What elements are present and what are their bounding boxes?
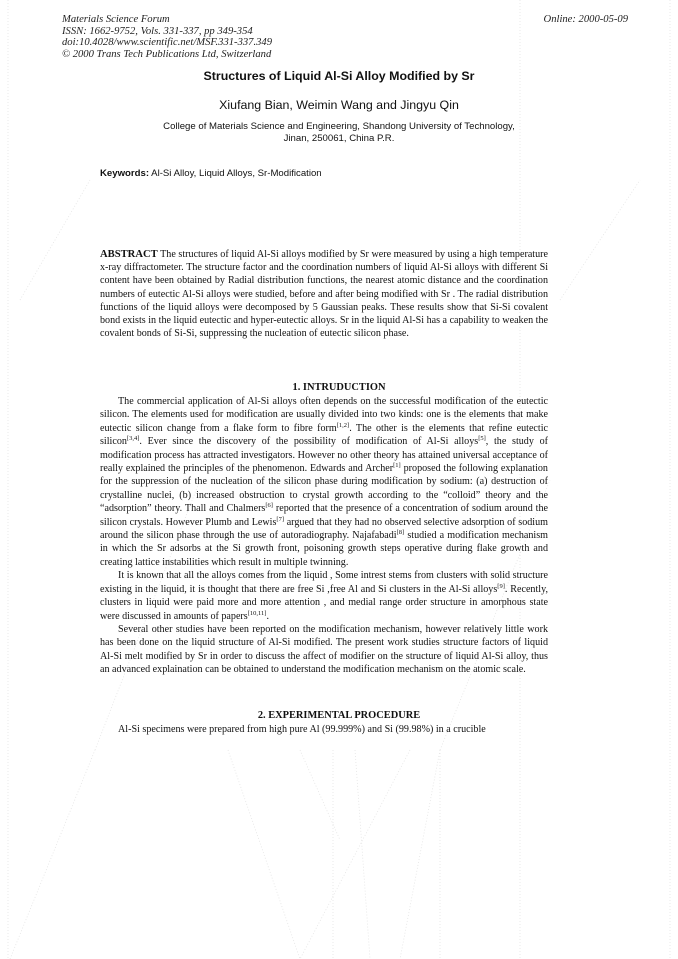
journal-copyright: © 2000 Trans Tech Publications Ltd, Swit…: [62, 49, 272, 61]
abstract-text: The structures of liquid Al-Si alloys mo…: [100, 249, 548, 339]
paragraph: Several other studies have been reported…: [100, 623, 548, 677]
citation: [1,2]: [337, 422, 349, 429]
abstract: ABSTRACT The structures of liquid Al-Si …: [100, 248, 548, 340]
section-heading-experimental: 2. EXPERIMENTAL PROCEDURE: [0, 710, 678, 721]
paragraph: The commercial application of Al-Si allo…: [100, 395, 548, 569]
text-run: .: [266, 611, 269, 622]
paper-affiliation: College of Materials Science and Enginee…: [0, 121, 678, 145]
affiliation-line-2: Jinan, 250061, China P.R.: [0, 133, 678, 145]
section-body-experimental: Al-Si specimens were prepared from high …: [100, 723, 548, 736]
citation: [5]: [478, 435, 486, 442]
text-run: Al-Si specimens were prepared from high …: [118, 724, 486, 735]
text-run: Several other studies have been reported…: [100, 624, 548, 675]
journal-doi: doi:10.4028/www.scientific.net/MSF.331-3…: [62, 37, 272, 49]
journal-issn: ISSN: 1662-9752, Vols. 331-337, pp 349-3…: [62, 26, 272, 38]
paper-title: Structures of Liquid Al-Si Alloy Modifie…: [0, 69, 678, 83]
section-body-introduction: The commercial application of Al-Si allo…: [100, 395, 548, 677]
citation: [1]: [393, 462, 401, 469]
affiliation-line-1: College of Materials Science and Enginee…: [0, 121, 678, 133]
paragraph: It is known that all the alloys comes fr…: [100, 569, 548, 623]
keywords-label: Keywords:: [100, 168, 149, 179]
citation: [9]: [497, 583, 505, 590]
keywords-value: Al-Si Alloy, Liquid Alloys, Sr-Modificat…: [149, 168, 322, 179]
section-heading-introduction: 1. INTRUDUCTION: [0, 382, 678, 393]
text-run: It is known that all the alloys comes fr…: [100, 570, 548, 594]
journal-citation: Materials Science Forum ISSN: 1662-9752,…: [62, 14, 272, 60]
journal-name: Materials Science Forum: [62, 14, 272, 26]
citation: [7]: [276, 516, 284, 523]
abstract-label: ABSTRACT: [100, 249, 158, 260]
keywords: Keywords: Al-Si Alloy, Liquid Alloys, Sr…: [100, 168, 322, 179]
citation: [3,4]: [127, 435, 139, 442]
text-run: . Ever since the discovery of the possib…: [139, 436, 478, 447]
citation: [6]: [265, 502, 273, 509]
paragraph: Al-Si specimens were prepared from high …: [100, 723, 548, 736]
online-date: Online: 2000-05-09: [544, 14, 628, 26]
paper-authors: Xiufang Bian, Weimin Wang and Jingyu Qin: [0, 98, 678, 112]
citation: [10,11]: [248, 610, 267, 617]
